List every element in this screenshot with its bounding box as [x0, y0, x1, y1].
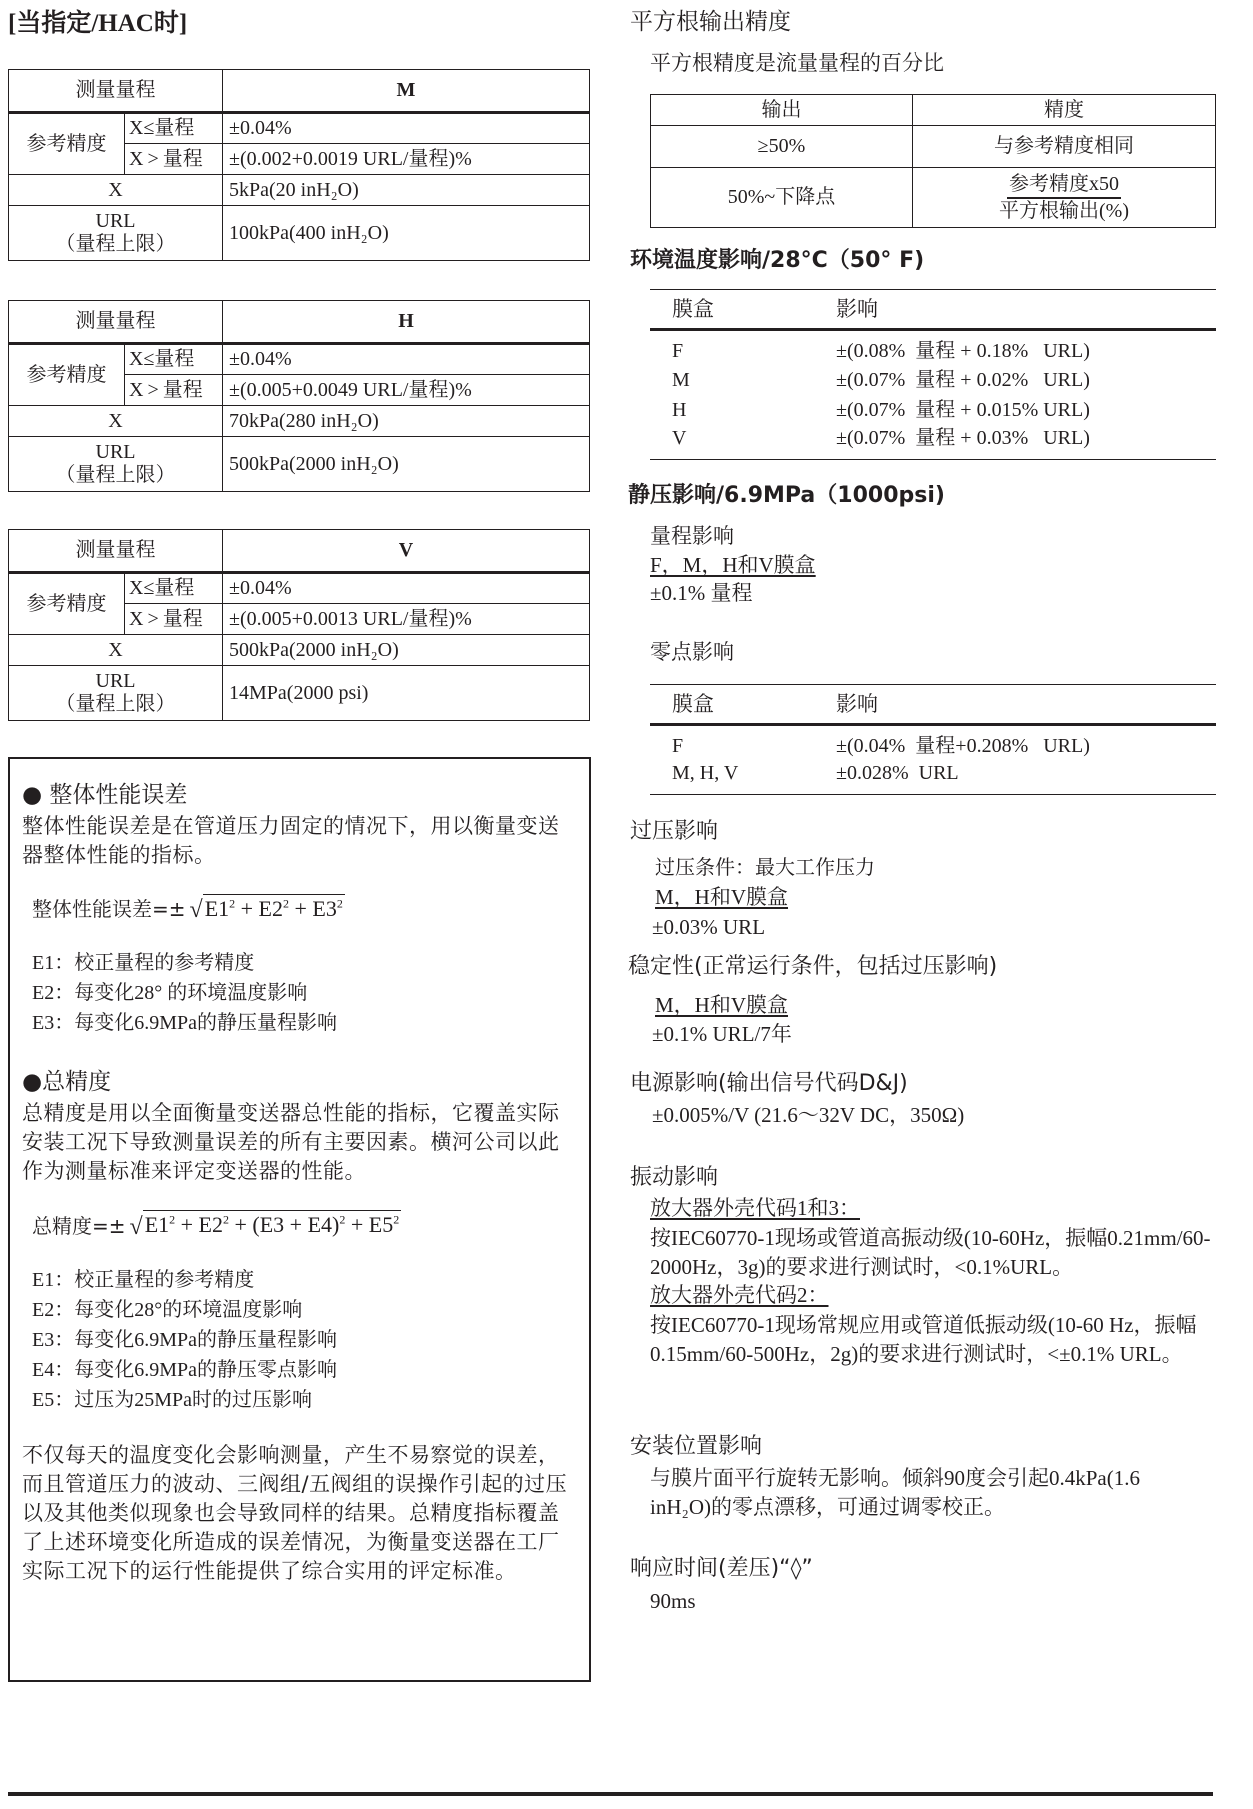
sqrt-expression: √ E12 + E22 + (E3 + E4)2 + E52: [130, 1210, 402, 1239]
power-supply-title: 电源影响(输出信号代码D&J): [630, 1070, 908, 1098]
cond-gt: X > 量程: [125, 604, 223, 635]
list-item: E2：每变化28° 的环境温度影响: [32, 978, 577, 1008]
power-supply-value: ±0.005%/V (21.6～32V DC，350Ω): [652, 1102, 964, 1128]
vibration-case1-text: 按IEC60770-1现场或管道高振动级(10-60Hz，振幅0.21mm/60…: [650, 1224, 1250, 1282]
span-value: ±0.1% 量程: [650, 580, 753, 606]
overpressure-value: ±0.03% URL: [652, 914, 765, 940]
overall-items: E1：校正量程的参考精度 E2：每变化28° 的环境温度影响 E3：每变化6.9…: [32, 948, 577, 1038]
capsule: V: [650, 426, 814, 460]
header-value: M: [223, 70, 590, 113]
effect: ±(0.07% 量程 + 0.02% URL): [814, 366, 1216, 396]
formula-label: 总精度=±: [32, 1214, 126, 1239]
header-output: 输出: [651, 95, 913, 126]
list-item: E2：每变化28°的环境温度影响: [32, 1295, 577, 1325]
url-label-cell: URL （量程上限）: [9, 437, 223, 492]
header-capsule: 膜盒: [650, 685, 814, 725]
url-value: 14MPa(2000 psi): [223, 666, 590, 721]
x-value: 70kPa(280 inH₂O): [223, 406, 590, 437]
val-le: ±0.04%: [223, 344, 590, 375]
sqrt-expression: √ E12 + E22 + E32: [190, 894, 345, 923]
effect: ±0.028% URL: [814, 761, 1216, 795]
val-gt: ±(0.002+0.0019 URL/量程)%: [223, 144, 590, 175]
url-label: URL: [15, 210, 216, 233]
list-item: E4：每变化6.9MPa的静压零点影响: [32, 1355, 577, 1385]
fraction-denominator: 平方根输出(%): [913, 199, 1215, 224]
output-cell: ≥50%: [651, 126, 913, 168]
val-gt: ±(0.005+0.0049 URL/量程)%: [223, 375, 590, 406]
header-label: 测量量程: [9, 70, 223, 113]
term: + (E3 + E4): [235, 1212, 340, 1237]
x-label: X: [9, 175, 223, 206]
cond-le: X≤量程: [125, 573, 223, 604]
header-value: H: [223, 301, 590, 344]
header-value: V: [223, 530, 590, 573]
term: + E3: [295, 896, 337, 921]
val-gt: ±(0.005+0.0013 URL/量程)%: [223, 604, 590, 635]
stability-capsules: M，H和V膜盒: [655, 992, 788, 1018]
overall-title: ● 整体性能误差: [22, 781, 577, 810]
range-table-v: 测量量程 V 参考精度 X≤量程 ±0.04% X > 量程 ±(0.005+0…: [8, 529, 590, 721]
header-effect: 影响: [814, 290, 1216, 330]
ref-accuracy-label: 参考精度: [9, 344, 125, 406]
span-effect-title: 量程影响: [650, 523, 734, 549]
url-value: 100kPa(400 inH₂O): [223, 206, 590, 261]
url-value: 500kPa(2000 inH₂O): [223, 437, 590, 492]
overpressure-title: 过压影响: [630, 818, 718, 846]
effect: ±(0.04% 量程+0.208% URL): [814, 725, 1216, 761]
total-formula: 总精度=± √ E12 + E22 + (E3 + E4)2 + E52: [32, 1210, 577, 1239]
fraction-numerator: 参考精度x50: [1007, 172, 1121, 199]
list-item: E5：过压为25MPa时的过压影响: [32, 1385, 577, 1415]
list-item: E3：每变化6.9MPa的静压量程影响: [32, 1008, 577, 1038]
sqrt-output-table: 输出 精度 ≥50% 与参考精度相同 50%~下降点 参考精度x50 平方根输出…: [650, 94, 1216, 228]
term: + E5: [351, 1212, 393, 1237]
cond-le: X≤量程: [125, 344, 223, 375]
effect: ±(0.07% 量程 + 0.03% URL): [814, 426, 1216, 460]
vibration-case2-text: 按IEC60770-1现场常规应用或管道低振动级(10-60 Hz，振幅0.15…: [650, 1311, 1225, 1369]
ref-accuracy-label: 参考精度: [9, 113, 125, 175]
term: E1: [205, 896, 229, 921]
list-item: E1：校正量程的参考精度: [32, 948, 577, 978]
term: + E2: [181, 1212, 223, 1237]
effect: ±(0.07% 量程 + 0.015% URL): [814, 396, 1216, 426]
cond-le: X≤量程: [125, 113, 223, 144]
total-title: ●总精度: [22, 1068, 577, 1097]
zero-effect-title: 零点影响: [650, 639, 734, 665]
overall-formula: 整体性能误差=± √ E12 + E22 + E32: [32, 894, 577, 923]
closing-text: 不仅每天的温度变化会影响测量，产生不易察觉的误差，而且管道压力的波动、三阀组/五…: [22, 1441, 577, 1586]
overpressure-condition: 过压条件：最大工作压力: [655, 855, 875, 880]
x-label: X: [9, 635, 223, 666]
formula-label: 整体性能误差=±: [32, 897, 186, 922]
x-value: 5kPa(20 inH₂O): [223, 175, 590, 206]
effect: ±(0.08% 量程 + 0.18% URL): [814, 330, 1216, 366]
range-table-h: 测量量程 H 参考精度 X≤量程 ±0.04% X > 量程 ±(0.005+0…: [8, 300, 590, 492]
x-value: 500kPa(2000 inH₂O): [223, 635, 590, 666]
ambient-temp-table: 膜盒 影响 F±(0.08% 量程 + 0.18% URL) M±(0.07% …: [650, 289, 1216, 460]
total-items: E1：校正量程的参考精度 E2：每变化28°的环境温度影响 E3：每变化6.9M…: [32, 1265, 577, 1415]
ambient-temp-title: 环境温度影响/28°C（50° F): [630, 247, 924, 275]
url-label-cell: URL （量程上限）: [9, 666, 223, 721]
ref-accuracy-label: 参考精度: [9, 573, 125, 635]
url-sub: （量程上限）: [15, 464, 216, 487]
mounting-text: 与膜片面平行旋转无影响。倾斜90度会引起0.4kPa(1.6 inH₂O)的零点…: [650, 1464, 1185, 1522]
accuracy-fraction-cell: 参考精度x50 平方根输出(%): [913, 168, 1216, 228]
term: E1: [145, 1212, 169, 1237]
list-item: E3：每变化6.9MPa的静压量程影响: [32, 1325, 577, 1355]
overpressure-capsules: M，H和V膜盒: [655, 884, 788, 910]
cond-gt: X > 量程: [125, 375, 223, 406]
response-time-title: 响应时间(差压)“◊”: [630, 1555, 813, 1583]
url-label: URL: [15, 441, 216, 464]
url-label-cell: URL （量程上限）: [9, 206, 223, 261]
x-label: X: [9, 406, 223, 437]
sqrt-output-title: 平方根输出精度: [630, 8, 791, 37]
sqrt-icon: √: [190, 898, 203, 922]
page-title: [当指定/HAC时]: [8, 8, 187, 39]
stability-value: ±0.1% URL/7年: [652, 1021, 792, 1047]
term: + E2: [241, 896, 283, 921]
header-label: 测量量程: [9, 301, 223, 344]
sqrt-radicand: E12 + E22 + E32: [203, 894, 345, 923]
capsule: M, H, V: [650, 761, 814, 795]
sqrt-output-desc: 平方根精度是流量量程的百分比: [650, 50, 944, 76]
list-item: E1：校正量程的参考精度: [32, 1265, 577, 1295]
vibration-case1-label: 放大器外壳代码1和3：: [650, 1195, 860, 1221]
capsule: F: [650, 330, 814, 366]
val-le: ±0.04%: [223, 113, 590, 144]
header-capsule: 膜盒: [650, 290, 814, 330]
total-desc: 总精度是用以全面衡量变送器总性能的指标，它覆盖实际安装工况下导致测量误差的所有主…: [22, 1099, 577, 1186]
output-cell: 50%~下降点: [651, 168, 913, 228]
span-capsules: F，M，H和V膜盒: [650, 552, 816, 578]
sqrt-radicand: E12 + E22 + (E3 + E4)2 + E52: [143, 1210, 402, 1239]
capsule: M: [650, 366, 814, 396]
sqrt-icon: √: [130, 1215, 143, 1239]
header-label: 测量量程: [9, 530, 223, 573]
vibration-title: 振动影响: [630, 1164, 718, 1192]
header-effect: 影响: [814, 685, 1216, 725]
cond-gt: X > 量程: [125, 144, 223, 175]
performance-box: ● 整体性能误差 整体性能误差是在管道压力固定的情况下，用以衡量变送器整体性能的…: [8, 757, 591, 1682]
static-pressure-title: 静压影响/6.9MPa（1000psi): [628, 482, 945, 510]
url-sub: （量程上限）: [15, 693, 216, 716]
page-bottom-rule: [8, 1792, 1213, 1796]
accuracy-cell: 与参考精度相同: [913, 126, 1216, 168]
header-accuracy: 精度: [913, 95, 1216, 126]
response-time-value: 90ms: [650, 1588, 696, 1614]
mounting-title: 安装位置影响: [630, 1433, 762, 1461]
zero-effect-table: 膜盒 影响 F±(0.04% 量程+0.208% URL) M, H, V±0.…: [650, 684, 1216, 795]
url-sub: （量程上限）: [15, 233, 216, 256]
vibration-case2-label: 放大器外壳代码2：: [650, 1282, 829, 1308]
overall-desc: 整体性能误差是在管道压力固定的情况下，用以衡量变送器整体性能的指标。: [22, 812, 577, 870]
url-label: URL: [15, 670, 216, 693]
val-le: ±0.04%: [223, 573, 590, 604]
capsule: F: [650, 725, 814, 761]
stability-title: 稳定性(正常运行条件，包括过压影响): [628, 953, 997, 981]
range-table-m: 测量量程 M 参考精度 X≤量程 ±0.04% X > 量程 ±(0.002+0…: [8, 69, 590, 261]
capsule: H: [650, 396, 814, 426]
